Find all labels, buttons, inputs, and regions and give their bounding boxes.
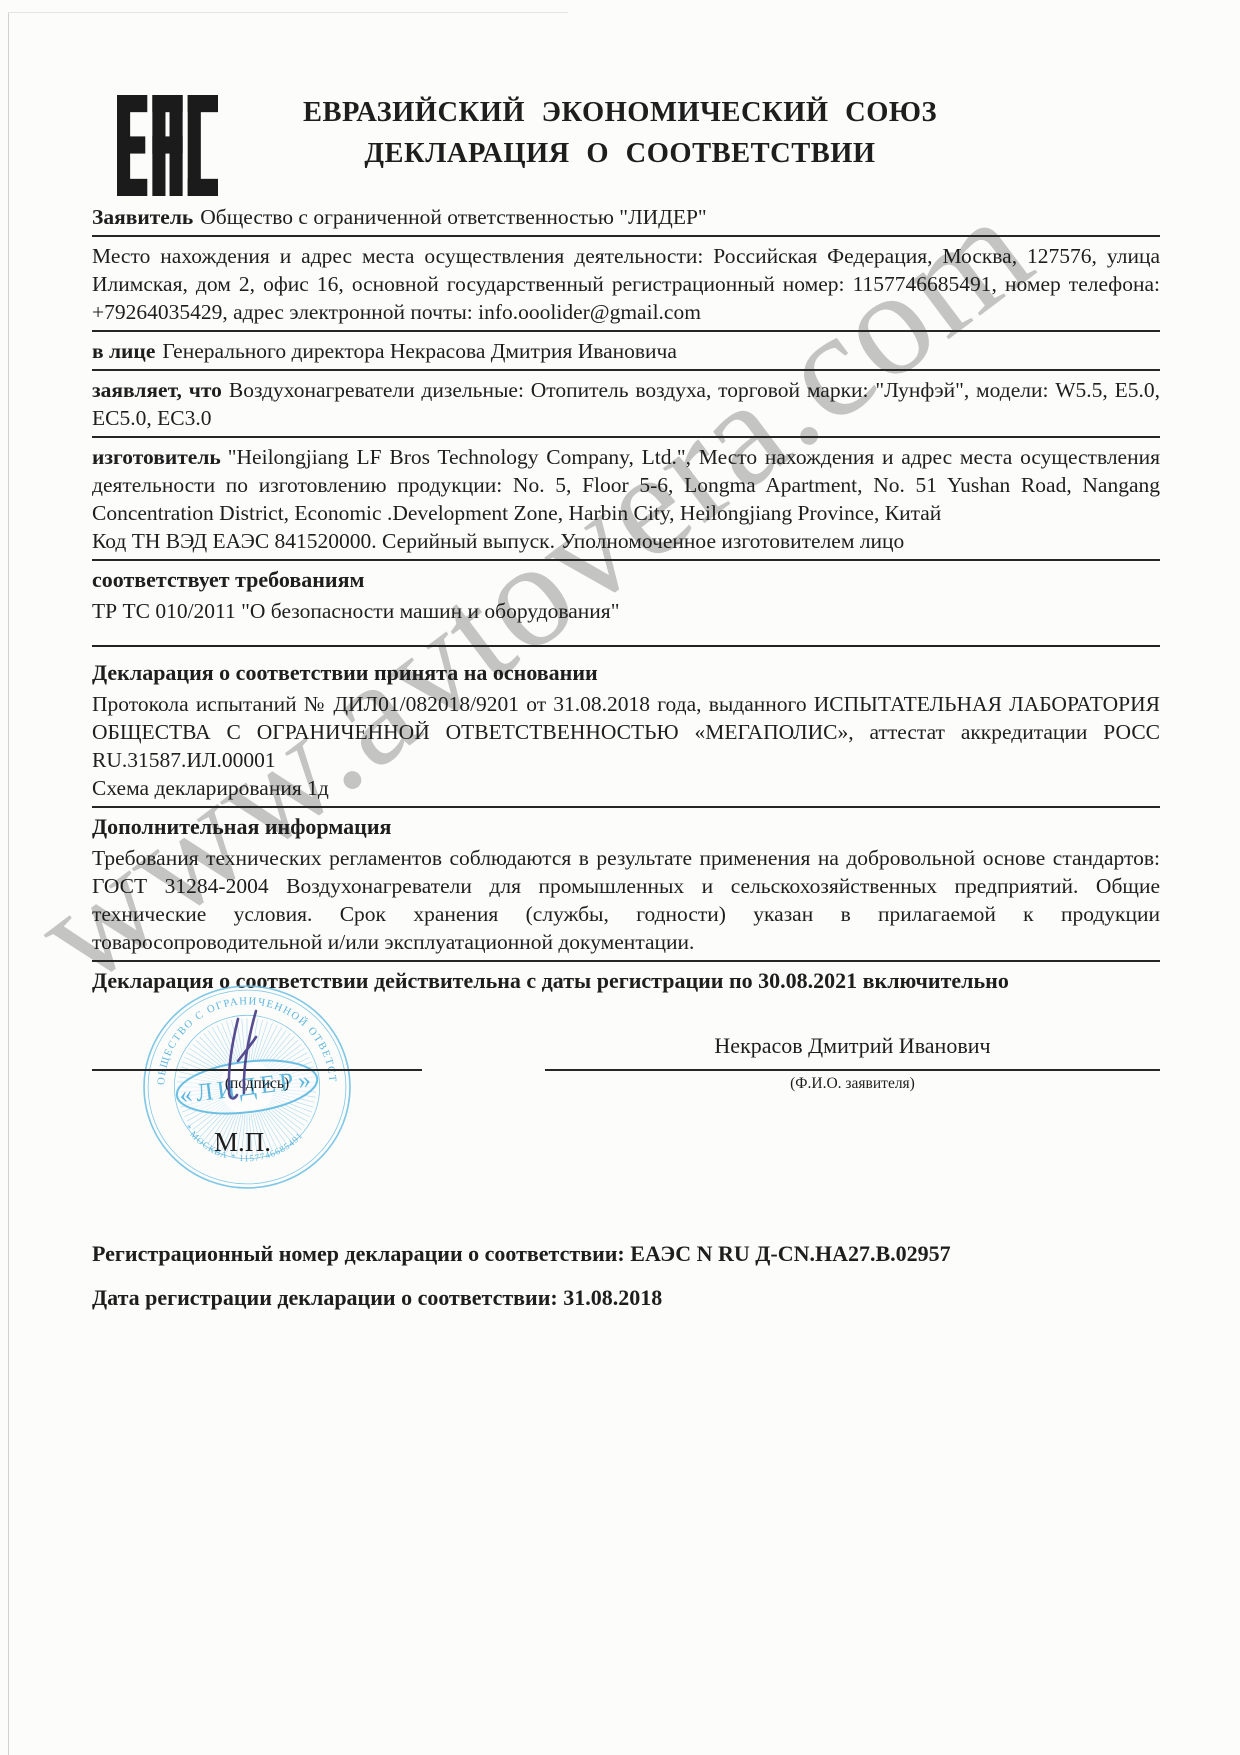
signer-name-line (545, 1069, 1160, 1071)
protocol-row: Протокола испытаний № ДИЛ01/082018/9201 … (92, 690, 1160, 774)
in-person-label: в лице (92, 339, 155, 363)
complies-heading: соответствует требованиям (92, 566, 1160, 594)
applicant-text: Общество с ограниченной ответственностью… (200, 205, 706, 229)
scan-edge-top (8, 12, 568, 13)
tr-row: ТР ТС 010/2011 "О безопасности машин и о… (92, 597, 1160, 647)
manufacturer-text: "Heilongjiang LF Bros Technology Company… (92, 445, 1160, 525)
basis-section: Протокола испытаний № ДИЛ01/082018/9201 … (92, 690, 1160, 808)
signature-ink (208, 1007, 278, 1107)
manufacturer-label: изготовитель (92, 445, 221, 469)
registration-date-label: Дата регистрации декларации о соответств… (92, 1285, 558, 1310)
registration-date-value: 31.08.2018 (563, 1285, 662, 1310)
in-person-row: в лицеГенерального директора Некрасова Д… (92, 337, 1160, 371)
declares-text: Воздухонагреватели дизельные: Отопитель … (92, 378, 1160, 430)
additional-row: Требования технических регламентов соблю… (92, 844, 1160, 962)
applicant-address: Место нахождения и адрес места осуществл… (92, 242, 1160, 332)
applicant-label: Заявитель (92, 205, 193, 229)
document-title: ЕВРАЗИЙСКИЙ ЭКОНОМИЧЕСКИЙ СОЮЗ ДЕКЛАРАЦИ… (0, 92, 1240, 174)
additional-heading: Дополнительная информация (92, 813, 1160, 841)
registration-date-row: Дата регистрации декларации о соответств… (92, 1284, 1160, 1312)
in-person-text: Генерального директора Некрасова Дмитрия… (162, 339, 677, 363)
scan-edge-left (8, 12, 9, 1755)
signer-name-caption: (Ф.И.О. заявителя) (545, 1075, 1160, 1093)
signature-block: ОБЩЕСТВО С ОГРАНИЧЕННОЙ ОТВЕТСТВЕННОСТЬЮ… (92, 1003, 1160, 1228)
signer-name: Некрасов Дмитрий Иванович (545, 1033, 1160, 1059)
stamp-place-note: М.П. (214, 1127, 271, 1158)
declaration-body: ЗаявительОбщество с ограниченной ответст… (92, 203, 1160, 1312)
title-doc-type: ДЕКЛАРАЦИЯ О СООТВЕТСТВИИ (0, 133, 1240, 174)
registration-number-value: ЕАЭС N RU Д-CN.НА27.В.02957 (630, 1241, 950, 1266)
declares-row: заявляет, чтоВоздухонагреватели дизельны… (92, 376, 1160, 438)
declares-label: заявляет, что (92, 378, 222, 402)
scheme-row: Схема декларирования 1д (92, 774, 1160, 802)
manufacturer-section: изготовитель"Heilongjiang LF Bros Techno… (92, 443, 1160, 561)
title-union: ЕВРАЗИЙСКИЙ ЭКОНОМИЧЕСКИЙ СОЮЗ (0, 92, 1240, 133)
applicant-row: ЗаявительОбщество с ограниченной ответст… (92, 203, 1160, 237)
basis-heading: Декларация о соответствии принята на осн… (92, 659, 1160, 687)
registration-number-label: Регистрационный номер декларации о соотв… (92, 1241, 625, 1266)
registration-number-row: Регистрационный номер декларации о соотв… (92, 1240, 1160, 1268)
document-page: www.avtovera.com ЕВРАЗИЙСКИЙ ЭКОНОМИЧЕСК… (0, 0, 1240, 1755)
tnved-row: Код ТН ВЭД ЕАЭС 841520000. Серийный выпу… (92, 527, 1160, 555)
manufacturer-row: изготовитель"Heilongjiang LF Bros Techno… (92, 443, 1160, 527)
